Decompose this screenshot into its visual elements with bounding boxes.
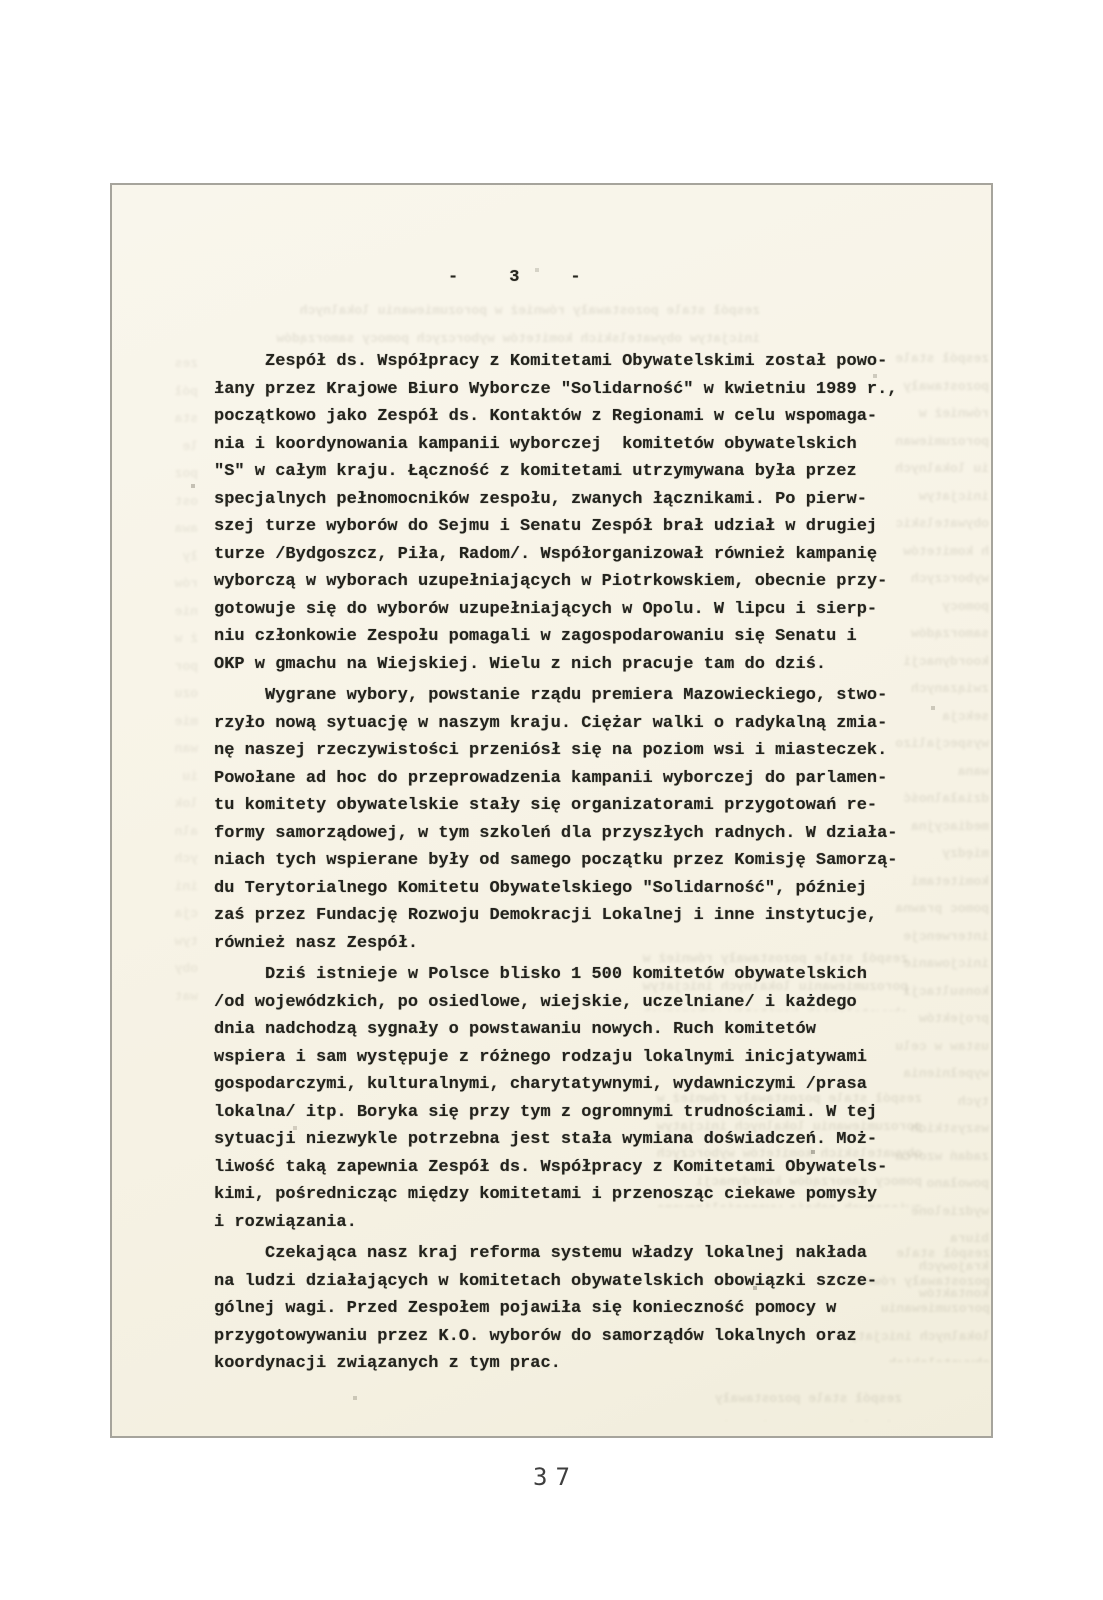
page-number-header: - 3 - bbox=[448, 268, 581, 287]
paragraph: Dziś istnieje w Polsce blisko 1 500 komi… bbox=[214, 961, 898, 1236]
paragraph: Wygrane wybory, powstanie rządu premiera… bbox=[214, 682, 898, 957]
bleedthrough-smudge: zespół stale pozostawały również w poroz… bbox=[240, 297, 760, 353]
paragraph: Zespół ds. Współpracy z Komitetami Obywa… bbox=[214, 348, 898, 678]
bleedthrough-smudge: zespół stale pozostawały również w poroz… bbox=[660, 1385, 902, 1421]
footer-page-number: 37 bbox=[0, 1463, 1103, 1491]
bleedthrough-smudge: zespół stale pozostawały również w poroz… bbox=[895, 345, 989, 1303]
scanned-page: zespół stale pozostawały również w poroz… bbox=[110, 183, 993, 1438]
paragraph: Czekająca nasz kraj reforma systemu wład… bbox=[214, 1240, 898, 1378]
typewriter-text: Zespół ds. Współpracy z Komitetami Obywa… bbox=[214, 348, 898, 1378]
paper-specks bbox=[112, 185, 114, 187]
bleedthrough-smudge: zespół stale pozostawały również w poroz… bbox=[168, 350, 198, 1000]
